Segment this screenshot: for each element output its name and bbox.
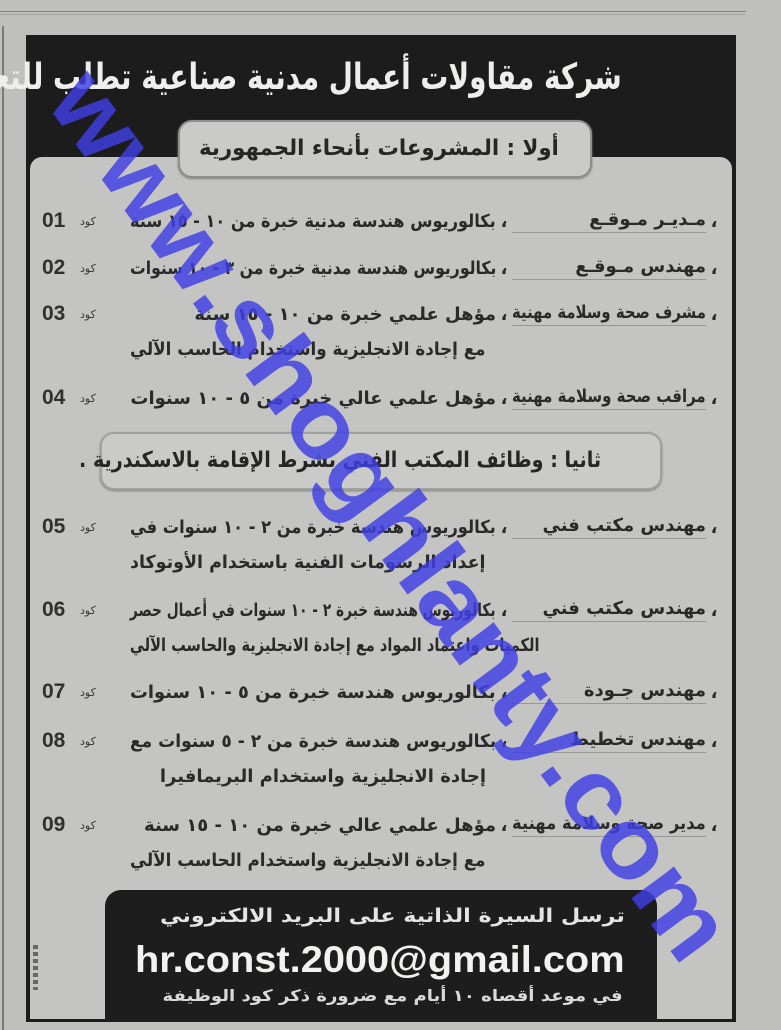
job-row: 08 كود ، مهندس تخطيط ، بكالوريوس هندسة خ…: [30, 723, 730, 795]
job-description-line2-text: مع إجادة الانجليزية واستخدام الحاسب الآل…: [130, 843, 486, 879]
job-line: ، مدير صحة وسلامة مهنية ، مؤهل علمي عالي…: [130, 807, 722, 843]
bullet-mark: ،: [706, 600, 722, 621]
separator-mark: ،: [496, 517, 512, 538]
job-code: 05: [42, 513, 65, 541]
bullet-mark: ،: [706, 388, 722, 409]
job-title-text: مهندس جـودة: [584, 680, 706, 701]
job-row: 06 كود ، مهندس مكتب فني ، بكالوريوس هندس…: [30, 592, 730, 664]
job-description-text: بكالوريوس هندسة خبرة من ٢ - ٥ سنوات مع: [130, 731, 496, 752]
job-description-line2-text: مع إجادة الانجليزية واستخدام الحاسب الآل…: [130, 332, 486, 368]
bullet-mark: ،: [706, 517, 722, 538]
job-description: بكالوريوس هندسة خبرة من ٢ - ٥ سنوات مع: [130, 731, 496, 752]
separator-mark: ،: [496, 815, 512, 836]
job-code: 04: [42, 384, 65, 412]
ad-headline-text: شركة مقاولات أعمال مدنية صناعية تطلب للت…: [0, 53, 621, 103]
footer-instruction-text: ترسل السيرة الذاتية على البريد الالكترون…: [160, 902, 625, 930]
job-description: مؤهل علمي عالي خبرة من ٥ - ١٠ سنوات: [130, 388, 496, 409]
job-description-text: مؤهل علمي عالي خبرة من ٥ - ١٠ سنوات: [130, 388, 496, 409]
job-description-line2: الكميات واعتماد المواد مع إجادة الانجليز…: [130, 628, 540, 664]
section-heading-label: ثانيا : وظائف المكتب الفني بشرط الإقامة …: [79, 434, 601, 488]
job-description: بكالوريوس هندسة مدنية خبرة من ٣ - ١٠ سنو…: [130, 258, 496, 279]
job-line: ، مشرف صحة وسلامة مهنية ، مؤهل علمي خبرة…: [130, 296, 722, 332]
job-description-text: بكالوريوس هندسة خبرة ٢ - ١٠ سنوات في أعم…: [130, 600, 496, 621]
bullet-mark: ،: [706, 211, 722, 232]
bullet-mark: ،: [706, 304, 722, 325]
job-description-line2-text: إعداد الرسومات الفنية باستخدام الأوتوكاد: [130, 545, 486, 581]
job-description: مؤهل علمي خبرة من ١٠ - ١٥ سنة: [130, 304, 496, 325]
code-label: كود: [80, 680, 96, 706]
section-heading-label: أولا : المشروعات بأنحاء الجمهورية: [199, 122, 559, 176]
job-title: مـديـر مـوقـع: [512, 209, 706, 233]
job-description-text: بكالوريوس هندسة خبرة من ٥ - ١٠ سنوات: [130, 682, 496, 703]
job-code: 09: [42, 811, 65, 839]
job-description-line2: مع إجادة الانجليزية واستخدام الحاسب الآل…: [130, 843, 486, 879]
job-code: 08: [42, 727, 65, 755]
separator-mark: ،: [496, 600, 512, 621]
job-title: مدير صحة وسلامة مهنية: [512, 813, 706, 837]
bullet-mark: ،: [706, 731, 722, 752]
code-label: كود: [80, 302, 96, 328]
job-line: ، مهندس مـوقـع ، بكالوريوس هندسة مدنية خ…: [130, 250, 722, 286]
separator-mark: ،: [496, 211, 512, 232]
bullet-mark: ،: [706, 815, 722, 836]
job-title: مهندس تخطيط: [512, 729, 706, 753]
separator-mark: ،: [496, 682, 512, 703]
job-line: ، مـديـر مـوقـع ، بكالوريوس هندسة مدنية …: [130, 203, 722, 239]
contact-email-text: hr.const.2000@gmail.com: [135, 936, 625, 984]
job-title-text: مـديـر مـوقـع: [589, 209, 706, 230]
job-description-text: بكالوريوس هندسة مدنية خبرة من ١٠ - ١٥ سن…: [130, 211, 496, 232]
job-title: مهندس جـودة: [512, 680, 706, 704]
ad-headline: شركة مقاولات أعمال مدنية صناعية تطلب للت…: [45, 53, 720, 103]
code-label: كود: [80, 813, 96, 839]
job-code: 01: [42, 207, 65, 235]
job-line: ، مهندس مكتب فني ، بكالوريوس هندسة خبرة …: [130, 592, 722, 628]
job-row: 03 كود ، مشرف صحة وسلامة مهنية ، مؤهل عل…: [30, 296, 730, 368]
footer-instruction: ترسل السيرة الذاتية على البريد الالكترون…: [160, 902, 625, 930]
bullet-mark: ،: [706, 258, 722, 279]
footer-deadline-text: في موعد أقصاه ١٠ أيام مع ضرورة ذكر كود ا…: [163, 983, 623, 1009]
job-description-text: مؤهل علمي عالي خبرة من ١٠ - ١٥ سنة: [144, 815, 496, 836]
job-code: 07: [42, 678, 65, 706]
job-description: بكالوريوس هندسة مدنية خبرة من ١٠ - ١٥ سن…: [130, 211, 496, 232]
job-code: 03: [42, 300, 65, 328]
job-code: 02: [42, 254, 65, 282]
left-column-rule: [2, 26, 4, 1030]
separator-mark: ،: [496, 731, 512, 752]
job-title-text: مهندس مكتب فني: [542, 598, 706, 619]
job-line: ، مهندس تخطيط ، بكالوريوس هندسة خبرة من …: [130, 723, 722, 759]
footer-deadline: في موعد أقصاه ١٠ أيام مع ضرورة ذكر كود ا…: [163, 983, 623, 1009]
job-title-text: مهندس مكتب فني: [542, 515, 706, 536]
job-description-line2-text: إجادة الانجليزية واستخدام البريمافيرا: [160, 759, 486, 795]
section-heading-projects: أولا : المشروعات بأنحاء الجمهورية: [178, 120, 592, 178]
code-label: كود: [80, 729, 96, 755]
job-description-line2: إجادة الانجليزية واستخدام البريمافيرا: [130, 759, 486, 795]
job-description-line2: مع إجادة الانجليزية واستخدام الحاسب الآل…: [130, 332, 486, 368]
job-line: ، مراقب صحة وسلامة مهنية ، مؤهل علمي عال…: [130, 380, 722, 416]
separator-mark: ،: [496, 304, 512, 325]
vertical-print-mark: [33, 945, 38, 990]
job-description: بكالوريوس هندسة خبرة من ٢ - ١٠ سنوات في: [130, 517, 496, 538]
separator-mark: ،: [496, 258, 512, 279]
section-heading-text: ثانيا : وظائف المكتب الفني بشرط الإقامة …: [118, 434, 640, 488]
job-title-text: مهندس تخطيط: [570, 729, 706, 750]
code-label: كود: [80, 386, 96, 412]
job-title-text: مدير صحة وسلامة مهنية: [512, 813, 706, 834]
job-title: مهندس مـوقـع: [512, 256, 706, 280]
job-title: مهندس مكتب فني: [512, 598, 706, 622]
job-description-text: مؤهل علمي خبرة من ١٠ - ١٥ سنة: [194, 304, 496, 325]
bullet-mark: ،: [706, 682, 722, 703]
job-description-line2-text: الكميات واعتماد المواد مع إجادة الانجليز…: [130, 628, 540, 664]
job-title: مهندس مكتب فني: [512, 515, 706, 539]
job-row: 09 كود ، مدير صحة وسلامة مهنية ، مؤهل عل…: [30, 807, 730, 879]
section-heading-text: أولا : المشروعات بأنحاء الجمهورية: [205, 122, 565, 176]
job-description-text: بكالوريوس هندسة خبرة من ٢ - ١٠ سنوات في: [130, 517, 496, 538]
job-description: بكالوريوس هندسة خبرة ٢ - ١٠ سنوات في أعم…: [130, 600, 496, 621]
job-description-text: بكالوريوس هندسة مدنية خبرة من ٣ - ١٠ سنو…: [130, 258, 496, 279]
job-line: ، مهندس مكتب فني ، بكالوريوس هندسة خبرة …: [130, 509, 722, 545]
separator-mark: ،: [496, 388, 512, 409]
job-description: مؤهل علمي عالي خبرة من ١٠ - ١٥ سنة: [130, 815, 496, 836]
job-row: 05 كود ، مهندس مكتب فني ، بكالوريوس هندس…: [30, 509, 730, 581]
contact-footer: ترسل السيرة الذاتية على البريد الالكترون…: [105, 890, 657, 1022]
job-title: مشرف صحة وسلامة مهنية: [512, 302, 706, 326]
job-line: ، مهندس جـودة ، بكالوريوس هندسة خبرة من …: [130, 674, 722, 710]
contact-email: hr.const.2000@gmail.com: [135, 936, 625, 984]
job-description: بكالوريوس هندسة خبرة من ٥ - ١٠ سنوات: [130, 682, 496, 703]
section-heading-technical-office: ثانيا : وظائف المكتب الفني بشرط الإقامة …: [100, 432, 662, 490]
job-title-text: مراقب صحة وسلامة مهنية: [512, 386, 706, 407]
job-title-text: مهندس مـوقـع: [575, 256, 706, 277]
top-column-rule: [0, 11, 746, 15]
job-title: مراقب صحة وسلامة مهنية: [512, 386, 706, 410]
job-description-line2: إعداد الرسومات الفنية باستخدام الأوتوكاد: [130, 545, 486, 581]
job-title-text: مشرف صحة وسلامة مهنية: [512, 302, 706, 323]
